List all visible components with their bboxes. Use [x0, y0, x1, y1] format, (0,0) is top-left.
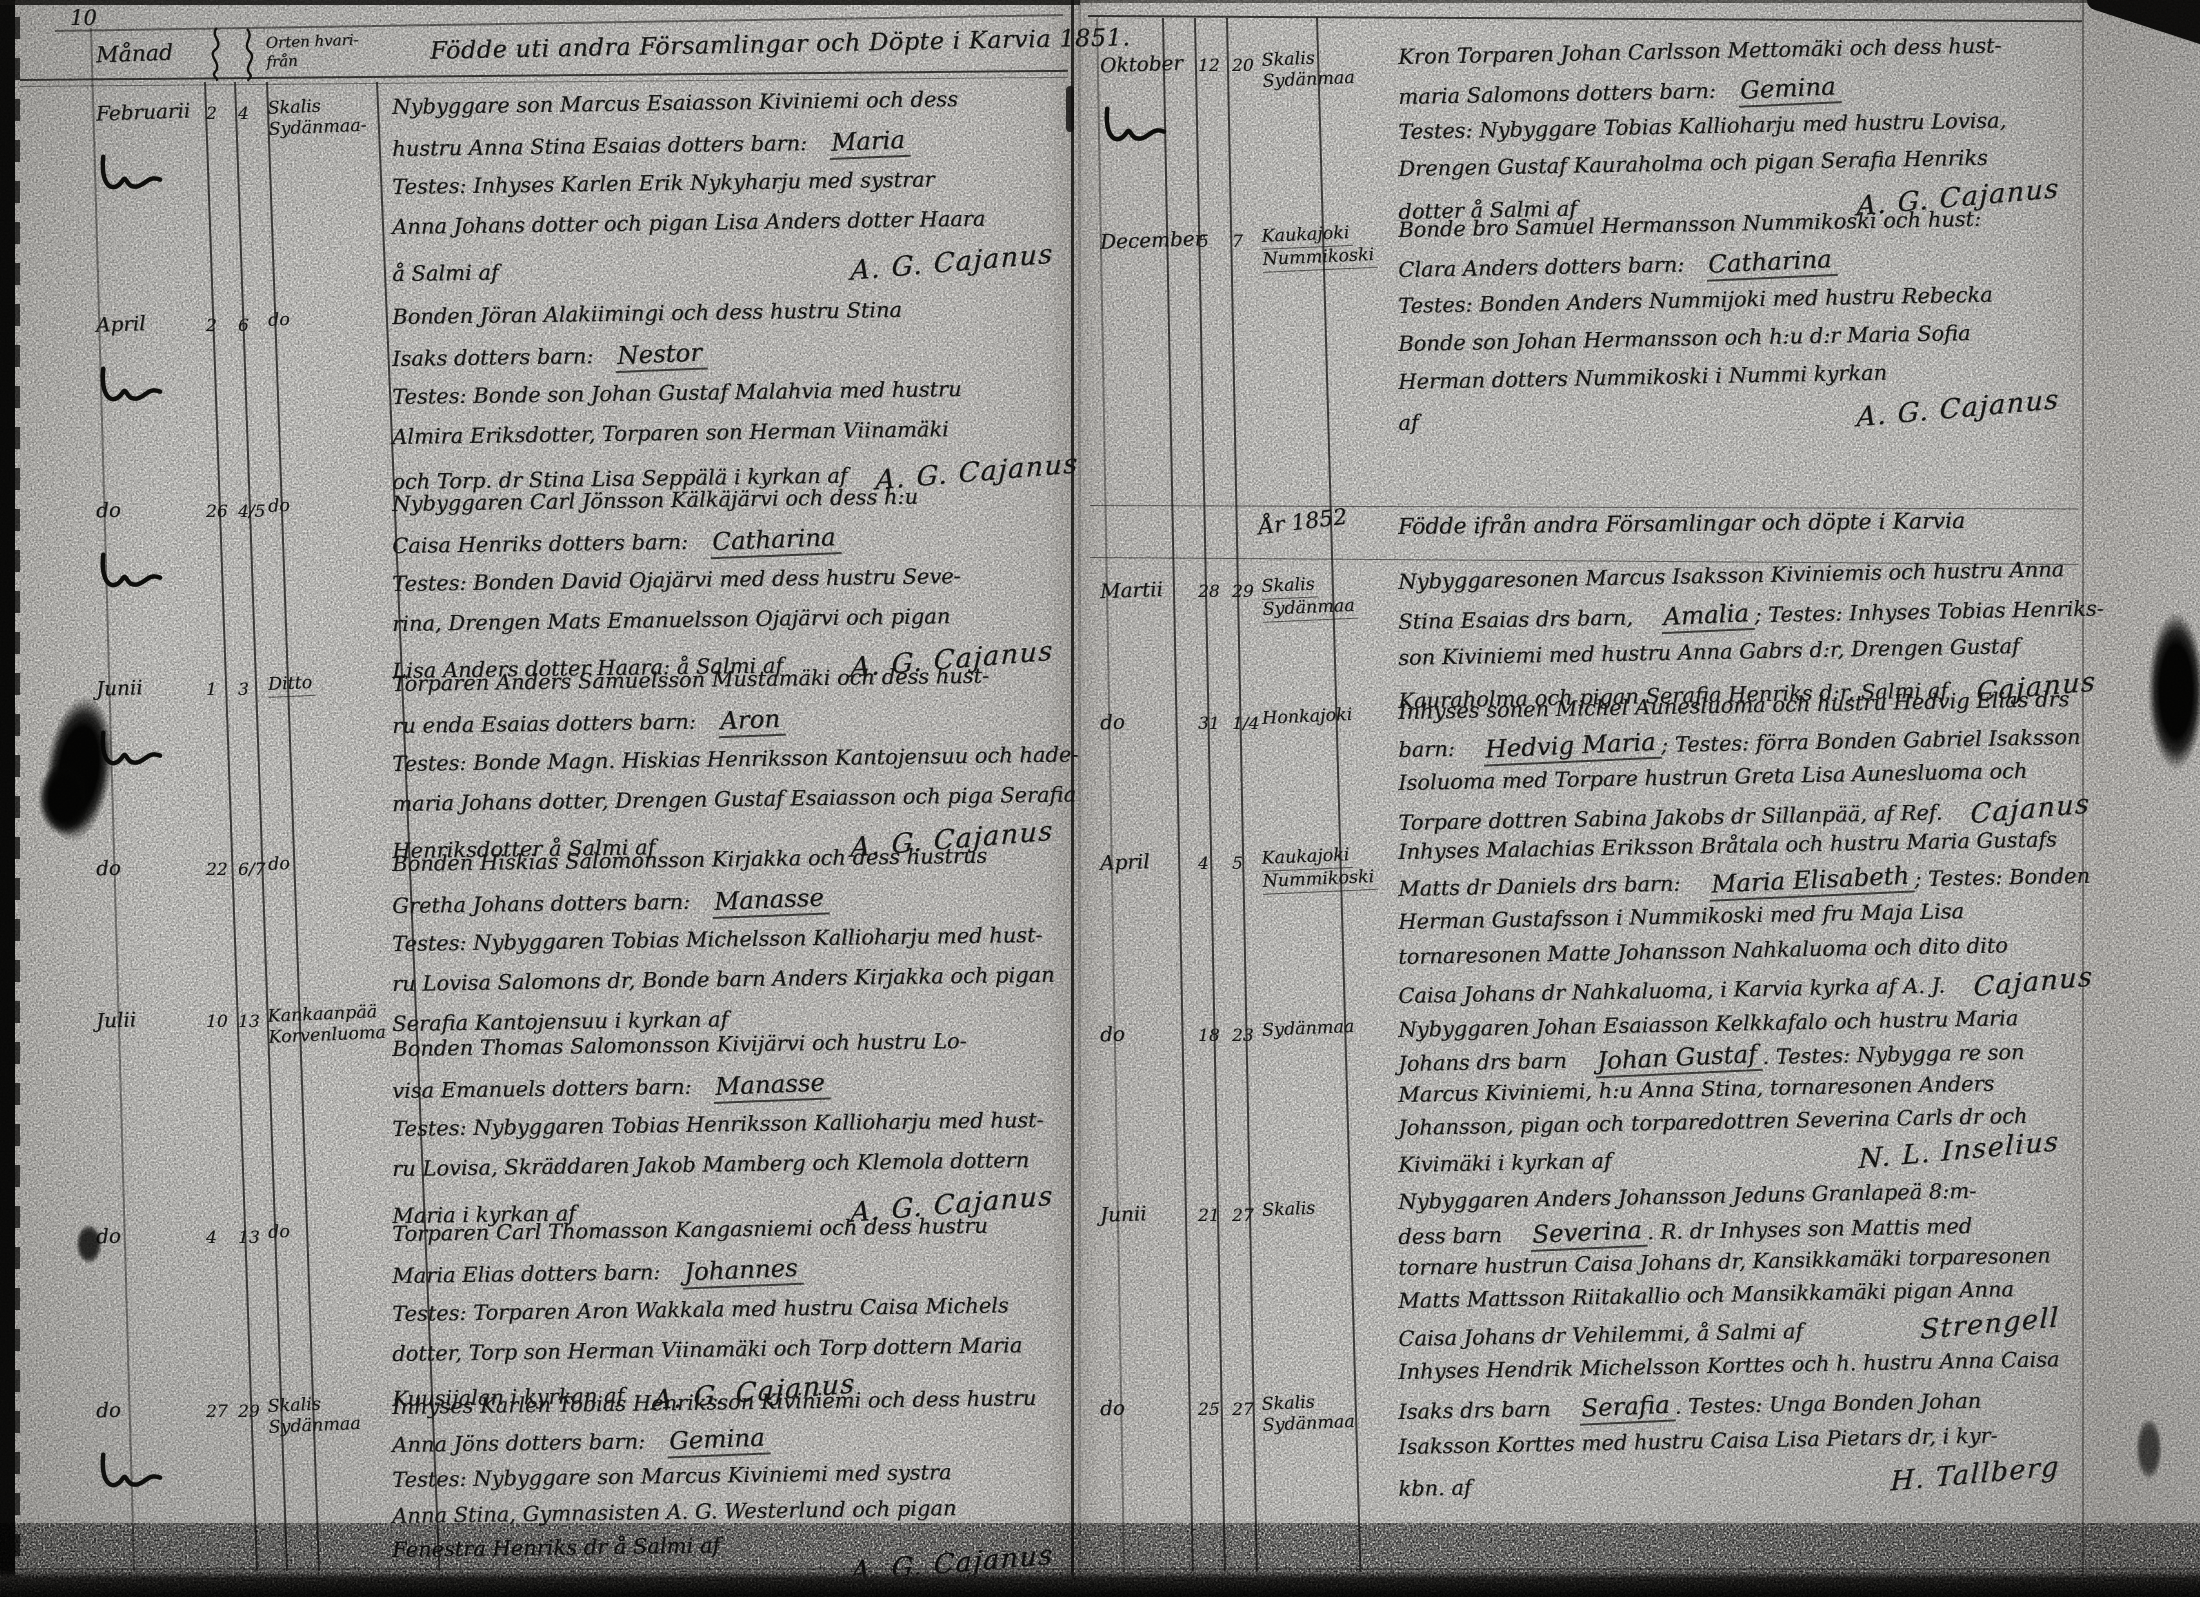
entry-text-line: Bonde son Johan Hermansson och h:u d:r M…	[1398, 319, 2060, 356]
entry-text-line: Matts Mattsson Riitakallio och Mansikkam…	[1398, 1276, 2060, 1313]
entry-text-line: Caisa Johans dr Vehilemmi, å Salmi afStr…	[1398, 1307, 2060, 1351]
entry-day-baptized: 27	[1232, 1400, 1254, 1420]
entry-day-born: 4	[1198, 854, 1209, 874]
check-flourish-mark	[92, 141, 172, 209]
entry-place-line: do	[268, 491, 399, 518]
entry-text-line: Nybyggaresonen Marcus Isaksson Kiviniemi…	[1398, 557, 2060, 594]
entry-month: Junii	[1100, 1201, 1147, 1227]
entry-place: SkalisSydänmaa	[1261, 45, 1393, 93]
entry-text-line: Anna Johans dotter och pigan Lisa Anders…	[392, 206, 1054, 239]
entry-text: Stina Esaias drs barn,	[1398, 605, 1640, 634]
entry-text-line: Drengen Gustaf Kauraholma och pigan Sera…	[1398, 144, 2060, 181]
place-column-header: Orten hvari- från	[265, 30, 376, 71]
entry-day-born: 1	[206, 680, 217, 700]
entry-text: Maria Elias dotters barn:	[392, 1260, 661, 1288]
entry-text: ; Testes: förra Bonden Gabriel Isaksson	[1661, 725, 2081, 757]
entry-text-line: Anna Stina, Gymnasisten A. G. Westerlund…	[392, 1495, 1054, 1528]
entry-day-baptized: 3	[238, 680, 249, 700]
entry-place-line: Korvenluoma	[268, 1022, 399, 1049]
entry-text-line: Kivimäki i kyrkan afN. L. Inselius	[1398, 1133, 2060, 1177]
entry-text: Anna Stina, Gymnasisten A. G. Westerlund…	[392, 1496, 957, 1528]
entry-text-line: Inhyses Hendrik Michelsson Korttes och h…	[1398, 1347, 2060, 1384]
entry-text: visa Emanuels dotters barn:	[392, 1075, 692, 1103]
entry-day-born: 22	[206, 860, 228, 880]
scan-top-edge-right	[1080, 0, 2200, 3]
child-name: Serafia	[1579, 1391, 1676, 1425]
entry-text: Testes: Bonde son Johan Gustaf Malahvia …	[392, 377, 962, 409]
entry-text-line: Testes: Bonde Magn. Hiskias Henriksson K…	[392, 743, 1054, 776]
column-header-scribble-icon	[237, 26, 261, 82]
entry-text: dess barn	[1398, 1223, 1509, 1249]
entry-place: SkalisSydänmaa	[1261, 571, 1393, 623]
flourish-path	[101, 547, 161, 590]
scan-top-edge	[0, 0, 1080, 5]
ink-blob	[76, 1224, 102, 1264]
entry-text: Nybyggaren Anders Johansson Jeduns Granl…	[1398, 1179, 1976, 1214]
child-name: Amalia	[1661, 600, 1755, 634]
child-name: Severina	[1530, 1217, 1648, 1252]
flourish-path	[101, 149, 161, 192]
scan-left-edge-ragged	[13, 0, 20, 1597]
child-name: Gemina	[1737, 73, 1841, 107]
entry-day-born: 27	[206, 1402, 228, 1422]
entry-text-line: Testes: Bonde son Johan Gustaf Malahvia …	[392, 376, 1054, 409]
entry-text: Isaks drs barn	[1398, 1397, 1557, 1424]
top-rule-right	[1088, 15, 2082, 22]
entry-month: April	[1100, 849, 1150, 875]
entry-place: Honkajoki	[1262, 703, 1393, 730]
entry-place-line: Nummikoski	[1262, 245, 1378, 273]
entry-day-baptized: 6/7	[238, 860, 265, 880]
entry-day-born: 31	[1198, 714, 1220, 734]
register-title-1851: Födde uti andra Församlingar och Döpte i…	[430, 23, 1131, 64]
entry-text-line: Maria Elias dotters barn:Johannes	[392, 1253, 1054, 1292]
entry-text-line: Testes: Bonden Anders Nummijoki med hust…	[1398, 281, 2060, 318]
entry-text: barn:	[1398, 737, 1462, 762]
entry-day-baptized: 29	[238, 1402, 260, 1422]
entry-text: Testes: Bonde Magn. Hiskias Henriksson K…	[392, 742, 1079, 776]
entry-text: Anna Jöns dotters barn:	[392, 1429, 645, 1457]
entry-text: Testes: Bonden David Ojajärvi med dess h…	[392, 564, 961, 596]
entry-text: maria Johans dotter, Drengen Gustaf Esai…	[392, 782, 1076, 816]
entry-text-line: Nybyggare son Marcus Esaiasson Kiviniemi…	[392, 86, 1054, 119]
entry-text: Drengen Gustaf Kauraholma och pigan Sera…	[1398, 146, 1988, 181]
entry-text: Nybyggaren Johan Esaiasson Kelkkafalo oc…	[1398, 1006, 2019, 1042]
ink-smudge-top-right	[2084, 0, 2200, 47]
entry-text: . Testes: Unga Bonden Johan	[1674, 1389, 1981, 1419]
entry-text-line: visa Emanuels dotters barn:Manasse	[392, 1068, 1054, 1107]
entry-place: Sydänmaa	[1262, 1015, 1393, 1042]
entry-text: Serafia Kantojensuu i kyrkan af	[392, 1007, 728, 1036]
entry-place: SkalisSydänmaa	[1261, 1389, 1393, 1437]
officiant-signature: A. G. Cajanus	[1856, 384, 2060, 433]
entry-place: KankaanpääKorvenluoma	[267, 1001, 399, 1049]
entry-text-line: Isaks dotters barn:Nestor	[392, 336, 1054, 375]
entry-day-born: 18	[1198, 1026, 1220, 1046]
entry-text: Caisa Johans dr Nahkaluoma, i Karvia kyr…	[1398, 974, 1945, 1008]
entry-text-line: maria Salomons dotters barn:Gemina	[1398, 70, 2060, 112]
scribble-path	[247, 29, 252, 80]
entry-text-line: ru Lovisa Salomons dr, Bonde barn Anders…	[392, 963, 1054, 996]
entry-day-born: 21	[1198, 1206, 1220, 1226]
child-name: Manasse	[712, 884, 830, 918]
flourish-path	[101, 361, 161, 404]
entry-text-line: Testes: Inhyses Karlen Erik Nykyharju me…	[392, 166, 1054, 199]
scan-bottom-edge	[0, 1570, 2200, 1597]
entry-place-line: Skalis	[1261, 574, 1318, 599]
entry-text: Testes: Nybyggare son Marcus Kiviniemi m…	[392, 1460, 952, 1492]
entry-text-line: Isaks drs barn Serafia. Testes: Unga Bon…	[1398, 1385, 2060, 1427]
place-column-header-line2: från	[266, 49, 377, 72]
entry-month: do	[96, 498, 122, 523]
entry-place-line: Ditto	[268, 673, 316, 698]
entry-month: do	[1100, 710, 1126, 735]
entry-place: do	[268, 1217, 399, 1244]
entry-text: hustru Anna Stina Esaias dotters barn:	[392, 131, 807, 161]
entry-place: SkalisSydänmaa	[267, 1391, 399, 1439]
entry-text: Nybyggare son Marcus Esaiasson Kiviniemi…	[392, 87, 958, 119]
entry-text-line: Isaksson Korttes med hustru Caisa Lisa P…	[1398, 1422, 2060, 1459]
entry-text-line: Testes: Bonden David Ojajärvi med dess h…	[392, 563, 1054, 596]
entry-place-line: Sydänmaa	[1262, 1410, 1393, 1437]
entry-place: do	[268, 491, 399, 518]
entry-day-born: 2	[206, 104, 217, 124]
entry-text: Testes: Torparen Aron Wakkala med hustru…	[392, 1293, 1009, 1326]
entry-place-line: Honkajoki	[1262, 703, 1393, 730]
entry-text-line: ru Lovisa, Skräddaren Jakob Mamberg och …	[392, 1148, 1054, 1181]
entry-text-line: Kron Torparen Johan Carlsson Mettomäki o…	[1398, 32, 2060, 69]
entry-text: kbn. af	[1398, 1476, 1472, 1501]
entry-text: Matts Mattsson Riitakallio och Mansikkam…	[1398, 1277, 2014, 1313]
entry-text-line: son Kiviniemi med hustru Anna Gabrs d:r,…	[1398, 633, 2060, 670]
entry-text: Inhyses Hendrik Michelsson Korttes och h…	[1398, 1347, 2060, 1384]
entry-day-born: 28	[1198, 582, 1220, 602]
entry-text: ru Lovisa, Skräddaren Jakob Mamberg och …	[392, 1148, 1029, 1181]
column-rule	[204, 82, 258, 1571]
entry-text-line: Testes: Nybyggaren Tobias Michelsson Kal…	[392, 923, 1054, 956]
entry-text-line: tornaresonen Matte Johansson Nahkaluoma …	[1398, 932, 2060, 969]
entry-text: maria Salomons dotters barn:	[1398, 79, 1716, 109]
entry-day-baptized: 20	[1232, 56, 1254, 76]
entry-place-line: Nummikoski	[1262, 867, 1378, 895]
entry-day-born: 2	[206, 316, 217, 336]
entry-text: Johans drs barn	[1398, 1049, 1574, 1076]
flourish-path	[1105, 101, 1165, 144]
entry-text-line: Testes: Torparen Aron Wakkala med hustru…	[392, 1293, 1054, 1326]
entry-place-line: Sydänmaa	[1262, 1015, 1393, 1042]
entry-place-line: Sydänmaa	[268, 1412, 399, 1439]
entry-text-line: Stina Esaias drs barn, Amalia; Testes: I…	[1398, 595, 2060, 637]
entry-month: do	[1100, 1022, 1126, 1047]
entry-text-line: maria Johans dotter, Drengen Gustaf Esai…	[392, 783, 1054, 816]
entry-text: ; Testes: Inhyses Tobias Henriks-	[1754, 596, 2104, 627]
officiant-signature: N. L. Inselius	[1859, 1126, 2061, 1175]
entry-text: Kron Torparen Johan Carlsson Mettomäki o…	[1398, 33, 2002, 69]
child-name: Catharina	[1706, 246, 1838, 282]
entry-text: af	[1398, 411, 1419, 435]
entry-month: Junii	[96, 675, 143, 701]
entry-place-line: Sydänmaa	[1262, 66, 1393, 93]
entry-month: Februarii	[96, 98, 191, 125]
entry-place-line: do	[268, 1217, 399, 1244]
entry-text: Gretha Johans dotters barn:	[392, 890, 690, 918]
entry-month: Julii	[96, 1007, 137, 1032]
entry-day-baptized: 4	[238, 104, 249, 124]
entry-month: do	[1100, 1396, 1126, 1421]
entry-text: Matts dr Daniels drs barn:	[1398, 871, 1687, 901]
entry-text-line: Caisa Johans dr Nahkaluoma, i Karvia kyr…	[1398, 966, 2060, 1010]
entry-text-line: Caisa Henriks dotters barn:Catharina	[392, 523, 1054, 562]
entry-day-born: 10	[206, 1012, 228, 1032]
entry-day-baptized: 4/5	[238, 502, 265, 522]
entry-text-line: Bonden Jöran Alakiimingi och dess hustru…	[392, 296, 1054, 329]
entry-text: . R. dr Inhyses son Mattis med	[1647, 1214, 1972, 1244]
entry-text-line: Testes: Nybyggare son Marcus Kiviniemi m…	[392, 1459, 1054, 1492]
entry-day-born: 5	[1198, 232, 1209, 252]
entry-text-line: Testes: Nybyggare Tobias Kallioharju med…	[1398, 107, 2060, 144]
page-number-left: 10	[70, 6, 97, 30]
entry-text: Clara Anders dotters barn:	[1398, 253, 1684, 282]
entry-text: Testes: Nybyggaren Tobias Michelsson Kal…	[392, 923, 1043, 956]
entry-text: Testes: Bonden Anders Nummijoki med hust…	[1398, 283, 1993, 318]
entry-place-line: do	[268, 305, 399, 332]
entry-text: rina, Drengen Mats Emanuelsson Ojajärvi …	[392, 604, 950, 636]
entry-day-baptized: 13	[238, 1012, 260, 1032]
child-name: Johannes	[682, 1255, 804, 1290]
officiant-signature: Cajanus	[1973, 961, 2094, 1003]
child-name: Johan Gustaf	[1595, 1041, 1763, 1078]
officiant-signature: Strengell	[1920, 1302, 2060, 1346]
child-name: Nestor	[615, 339, 708, 372]
entry-day-baptized: 23	[1232, 1026, 1254, 1046]
entry-text-line: kbn. afH. Tallberg	[1398, 1457, 2060, 1501]
entry-text: son Kiviniemi med hustru Anna Gabrs d:r,…	[1398, 634, 2020, 670]
entry-place: SkalisSydänmaa-	[267, 93, 399, 141]
officiant-signature: Cajanus	[1970, 788, 2091, 830]
entry-day-baptized: 6	[238, 316, 249, 336]
entry-text: Torpare dottren Sabina Jakobs dr Sillanp…	[1398, 801, 1943, 835]
entry-place-line: Skalis	[1262, 1195, 1393, 1222]
entry-day-born: 4	[206, 1228, 217, 1248]
entry-month: Martii	[1100, 577, 1164, 603]
entry-text-line: Nybyggaren Johan Esaiasson Kelkkafalo oc…	[1398, 1005, 2060, 1042]
entry-month: April	[96, 311, 146, 337]
entry-text-line: å Salmi afA. G. Cajanus	[392, 246, 1054, 286]
entry-text-line: Herman dotters Nummikoski i Nummi kyrkan	[1398, 357, 2060, 394]
ink-blob	[2148, 612, 2200, 770]
entry-text-line: Testes: Nybyggaren Tobias Henriksson Kal…	[392, 1108, 1054, 1141]
entry-day-baptized: 29	[1232, 582, 1254, 602]
entry-text-line: Clara Anders dotters barn:Catharina	[1398, 243, 2060, 285]
entry-text: Herman dotters Nummikoski i Nummi kyrkan	[1398, 361, 1887, 394]
entry-place-line: do	[268, 849, 399, 876]
entry-text: tornaresonen Matte Johansson Nahkaluoma …	[1398, 933, 2008, 969]
entry-text: Bonden Jöran Alakiimingi och dess hustru…	[392, 298, 902, 329]
column-rule	[266, 82, 320, 1571]
entry-text: Herman Gustafsson i Nummikoski med fru M…	[1398, 899, 1964, 934]
entry-month: December	[1100, 226, 1205, 254]
entry-text-line: Almira Eriksdotter, Torparen son Herman …	[392, 416, 1054, 449]
month-column-header: Månad	[96, 41, 174, 69]
header-bottom-rule-left	[20, 70, 1068, 81]
entry-text: å Salmi af	[392, 261, 499, 286]
check-flourish-mark	[92, 353, 172, 421]
column-header-scribble-icon	[205, 26, 229, 82]
entry-text-line: Gretha Johans dotters barn:Manasse	[392, 883, 1054, 922]
entry-place: Ditto	[268, 669, 399, 698]
scribble-path	[213, 28, 219, 80]
officiant-signature: H. Tallberg	[1890, 1451, 2060, 1497]
entry-place: KaukajokiNummikoski	[1261, 843, 1393, 895]
entry-text: Testes: Inhyses Karlen Erik Nykyharju me…	[392, 167, 935, 199]
entry-text: ru enda Esaias dotters barn:	[392, 710, 696, 738]
entry-day-baptized: 5	[1232, 854, 1243, 874]
entry-day-born: 26	[206, 502, 228, 522]
entry-text: . Testes: Nybygga re son	[1762, 1040, 2024, 1069]
entry-place: Skalis	[1262, 1195, 1393, 1222]
entry-month: do	[96, 1398, 122, 1423]
entry-text: Johansson, pigan och torparedottren Seve…	[1398, 1104, 2028, 1140]
register-title-1852: Födde ifrån andra Församlingar och döpte…	[1398, 509, 1965, 540]
entry-text: Testes: Nybyggaren Tobias Henriksson Kal…	[392, 1108, 1044, 1141]
entry-text: Bonde son Johan Hermansson och h:u d:r M…	[1398, 321, 1971, 356]
entry-day-baptized: 27	[1232, 1206, 1254, 1226]
ink-blob	[38, 762, 90, 836]
child-name: Maria	[829, 127, 911, 160]
entry-text: Anna Johans dotter och pigan Lisa Anders…	[392, 207, 986, 239]
gutter-smudge	[1066, 86, 1074, 132]
entry-day-baptized: 13	[238, 1228, 260, 1248]
entry-text: Nybyggaresonen Marcus Isaksson Kiviniemi…	[1398, 557, 2064, 594]
entry-text: Testes: Nybyggare Tobias Kallioharju med…	[1398, 108, 2006, 144]
entry-text-line: Anna Jöns dotters barn:Gemina	[392, 1422, 1054, 1461]
entry-text: dotter, Torp son Herman Viinamäki och To…	[392, 1333, 1022, 1366]
entry-month: do	[96, 856, 122, 881]
entry-place-line: Sydänmaa	[1262, 596, 1358, 623]
entry-text: ; Testes: Bonden	[1914, 864, 2090, 891]
entry-text: Caisa Henriks dotters barn:	[392, 530, 688, 558]
child-name: Catharina	[710, 524, 842, 559]
child-name: Gemina	[667, 1424, 771, 1458]
entry-day-baptized: 1/4	[1232, 714, 1259, 734]
entry-text-line: afA. G. Cajanus	[1398, 391, 2060, 435]
officiant-signature: A. G. Cajanus	[850, 239, 1054, 287]
entry-text: Isaks dotters barn:	[392, 344, 594, 371]
entry-text: Isaksson Korttes med hustru Caisa Lisa P…	[1398, 1423, 1998, 1459]
entry-place: KaukajokiNummikoski	[1261, 221, 1393, 273]
ink-blob	[2136, 1418, 2162, 1480]
entry-text: Almira Eriksdotter, Torparen son Herman …	[392, 417, 949, 449]
entry-text: Kivimäki i kyrkan af	[1398, 1149, 1612, 1177]
entry-text-line: rina, Drengen Mats Emanuelsson Ojajärvi …	[392, 603, 1054, 636]
year-1852-label: År 1852	[1257, 505, 1349, 541]
entry-place: do	[268, 305, 399, 332]
child-name: Manasse	[713, 1069, 831, 1103]
entry-day-born: 12	[1198, 56, 1220, 76]
entry-place: do	[268, 849, 399, 876]
child-name: Aron	[717, 706, 785, 738]
entry-text-line: dotter, Torp son Herman Viinamäki och To…	[392, 1333, 1054, 1366]
entry-text-line: Nybyggaren Anders Johansson Jeduns Granl…	[1398, 1177, 2060, 1214]
scanned-register-spread: 10 Månad Orten hvari- från Födde uti and…	[0, 0, 2200, 1597]
entry-day-baptized: 7	[1232, 232, 1243, 252]
child-name: Hedvig Maria	[1483, 729, 1662, 767]
entry-text: Caisa Johans dr Vehilemmi, å Salmi af	[1398, 1319, 1803, 1351]
entry-text-line: ru enda Esaias dotters barn:Aron	[392, 703, 1054, 742]
entry-month: Oktober	[1100, 51, 1184, 78]
entry-day-born: 25	[1198, 1400, 1220, 1420]
entry-text: ru Lovisa Salomons dr, Bonde barn Anders…	[392, 963, 1055, 996]
child-name: Maria Elisabeth	[1709, 862, 1915, 901]
column-rule	[234, 82, 288, 1571]
entry-text-line: hustru Anna Stina Esaias dotters barn:Ma…	[392, 126, 1054, 165]
